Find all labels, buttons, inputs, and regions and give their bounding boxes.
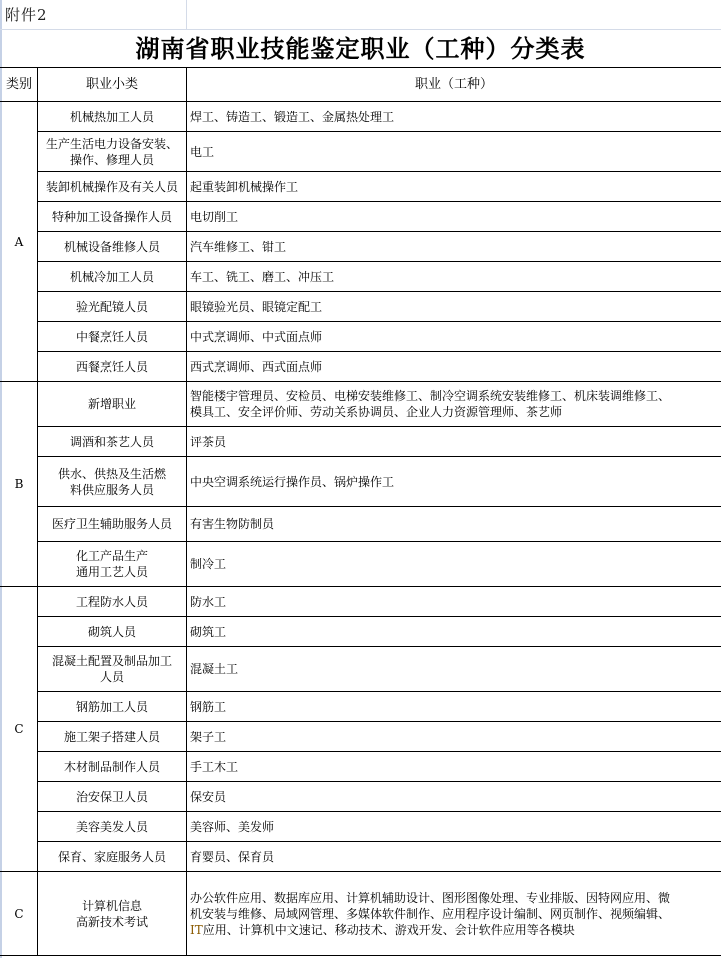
- table-row: 生产生活电力设备安装、操作、修理人员 电工: [1, 132, 721, 172]
- table-row: 化工产品生产通用工艺人员 制冷工: [1, 542, 721, 587]
- table-header-row: 类别 职业小类 职业（工种）: [1, 68, 721, 102]
- subcategory-cell: 钢筋加工人员: [38, 692, 187, 722]
- gridline: [186, 0, 187, 30]
- occupation-cell: 手工木工: [187, 752, 721, 782]
- table-row: 中餐烹饪人员 中式烹调师、中式面点师: [1, 322, 721, 352]
- table-row: C 工程防水人员 防水工: [1, 587, 721, 617]
- occupation-cell: 制冷工: [187, 542, 721, 587]
- occupation-cell: 架子工: [187, 722, 721, 752]
- subcategory-cell: 新增职业: [38, 382, 187, 427]
- subcategory-cell: 美容美发人员: [38, 812, 187, 842]
- column-header-occupation: 职业（工种）: [187, 68, 721, 102]
- subcategory-cell: 医疗卫生辅助服务人员: [38, 507, 187, 542]
- table-row: 供水、供热及生活燃料供应服务人员 中央空调系统运行操作员、锅炉操作工: [1, 457, 721, 507]
- attachment-label: 附件2: [5, 4, 48, 25]
- subcategory-cell: 施工架子搭建人员: [38, 722, 187, 752]
- occupation-cell: 起重装卸机械操作工: [187, 172, 721, 202]
- subcategory-cell: 治安保卫人员: [38, 782, 187, 812]
- table-row: 保育、家庭服务人员 育婴员、保育员: [1, 842, 721, 872]
- table-row: 美容美发人员 美容师、美发师: [1, 812, 721, 842]
- page-title: 湖南省职业技能鉴定职业（工种）分类表: [0, 30, 721, 67]
- subcategory-cell: 化工产品生产通用工艺人员: [38, 542, 187, 587]
- table-row: 钢筋加工人员 钢筋工: [1, 692, 721, 722]
- occupation-cell: 眼镜验光员、眼镜定配工: [187, 292, 721, 322]
- subcategory-cell: 西餐烹饪人员: [38, 352, 187, 382]
- classification-table: 类别 职业小类 职业（工种） A 机械热加工人员 焊工、铸造工、锻造工、金属热处…: [0, 67, 721, 956]
- table-row: 医疗卫生辅助服务人员 有害生物防制员: [1, 507, 721, 542]
- occupation-cell: 保安员: [187, 782, 721, 812]
- occupation-cell: 有害生物防制员: [187, 507, 721, 542]
- subcategory-cell: 调酒和茶艺人员: [38, 427, 187, 457]
- table-row: 混凝土配置及制品加工人员 混凝土工: [1, 647, 721, 692]
- table-row: A 机械热加工人员 焊工、铸造工、锻造工、金属热处理工: [1, 102, 721, 132]
- occupation-cell: 车工、铣工、磨工、冲压工: [187, 262, 721, 292]
- subcategory-cell: 供水、供热及生活燃料供应服务人员: [38, 457, 187, 507]
- occupation-cell: 评茶员: [187, 427, 721, 457]
- occupation-cell: 育婴员、保育员: [187, 842, 721, 872]
- occupation-cell: 混凝土工: [187, 647, 721, 692]
- occupation-cell: 砌筑工: [187, 617, 721, 647]
- table-row: 验光配镜人员 眼镜验光员、眼镜定配工: [1, 292, 721, 322]
- table-row: 机械设备维修人员 汽车维修工、钳工: [1, 232, 721, 262]
- table-row: C 计算机信息高新技术考试 办公软件应用、数据库应用、计算机辅助设计、图形图像处…: [1, 872, 721, 956]
- table-row: 治安保卫人员 保安员: [1, 782, 721, 812]
- table-row: 西餐烹饪人员 西式烹调师、西式面点师: [1, 352, 721, 382]
- category-cell: C: [1, 587, 38, 872]
- subcategory-cell: 生产生活电力设备安装、操作、修理人员: [38, 132, 187, 172]
- table-row: B 新增职业 智能楼宇管理员、安检员、电梯安装维修工、制冷空调系统安装维修工、机…: [1, 382, 721, 427]
- table-row: 装卸机械操作及有关人员 起重装卸机械操作工: [1, 172, 721, 202]
- subcategory-cell: 计算机信息高新技术考试: [38, 872, 187, 956]
- occupation-cell: 中式烹调师、中式面点师: [187, 322, 721, 352]
- subcategory-cell: 机械热加工人员: [38, 102, 187, 132]
- attachment-row: [0, 0, 721, 30]
- subcategory-cell: 装卸机械操作及有关人员: [38, 172, 187, 202]
- occupation-cell: 美容师、美发师: [187, 812, 721, 842]
- column-header-subcategory: 职业小类: [38, 68, 187, 102]
- occupation-cell: 汽车维修工、钳工: [187, 232, 721, 262]
- occupation-cell: 电切削工: [187, 202, 721, 232]
- table-row: 木材制品制作人员 手工木工: [1, 752, 721, 782]
- subcategory-cell: 机械设备维修人员: [38, 232, 187, 262]
- table-row: 特种加工设备操作人员 电切削工: [1, 202, 721, 232]
- subcategory-cell: 特种加工设备操作人员: [38, 202, 187, 232]
- subcategory-cell: 保育、家庭服务人员: [38, 842, 187, 872]
- subcategory-cell: 验光配镜人员: [38, 292, 187, 322]
- category-cell: C: [1, 872, 38, 956]
- occupation-cell: 办公软件应用、数据库应用、计算机辅助设计、图形图像处理、专业排版、因特网应用、微…: [187, 872, 721, 956]
- subcategory-cell: 混凝土配置及制品加工人员: [38, 647, 187, 692]
- subcategory-cell: 木材制品制作人员: [38, 752, 187, 782]
- occupation-cell: 电工: [187, 132, 721, 172]
- subcategory-cell: 中餐烹饪人员: [38, 322, 187, 352]
- occupation-cell: 智能楼宇管理员、安检员、电梯安装维修工、制冷空调系统安装维修工、机床装调维修工、…: [187, 382, 721, 427]
- occupation-cell: 中央空调系统运行操作员、锅炉操作工: [187, 457, 721, 507]
- occupation-cell: 焊工、铸造工、锻造工、金属热处理工: [187, 102, 721, 132]
- occupation-cell: 防水工: [187, 587, 721, 617]
- subcategory-cell: 砌筑人员: [38, 617, 187, 647]
- table-row: 机械冷加工人员 车工、铣工、磨工、冲压工: [1, 262, 721, 292]
- table-row: 调酒和茶艺人员 评茶员: [1, 427, 721, 457]
- table-row: 砌筑人员 砌筑工: [1, 617, 721, 647]
- column-header-category: 类别: [1, 68, 38, 102]
- occupation-cell: 钢筋工: [187, 692, 721, 722]
- occupation-cell: 西式烹调师、西式面点师: [187, 352, 721, 382]
- table-row: 施工架子搭建人员 架子工: [1, 722, 721, 752]
- category-cell: A: [1, 102, 38, 382]
- subcategory-cell: 机械冷加工人员: [38, 262, 187, 292]
- subcategory-cell: 工程防水人员: [38, 587, 187, 617]
- category-cell: B: [1, 382, 38, 587]
